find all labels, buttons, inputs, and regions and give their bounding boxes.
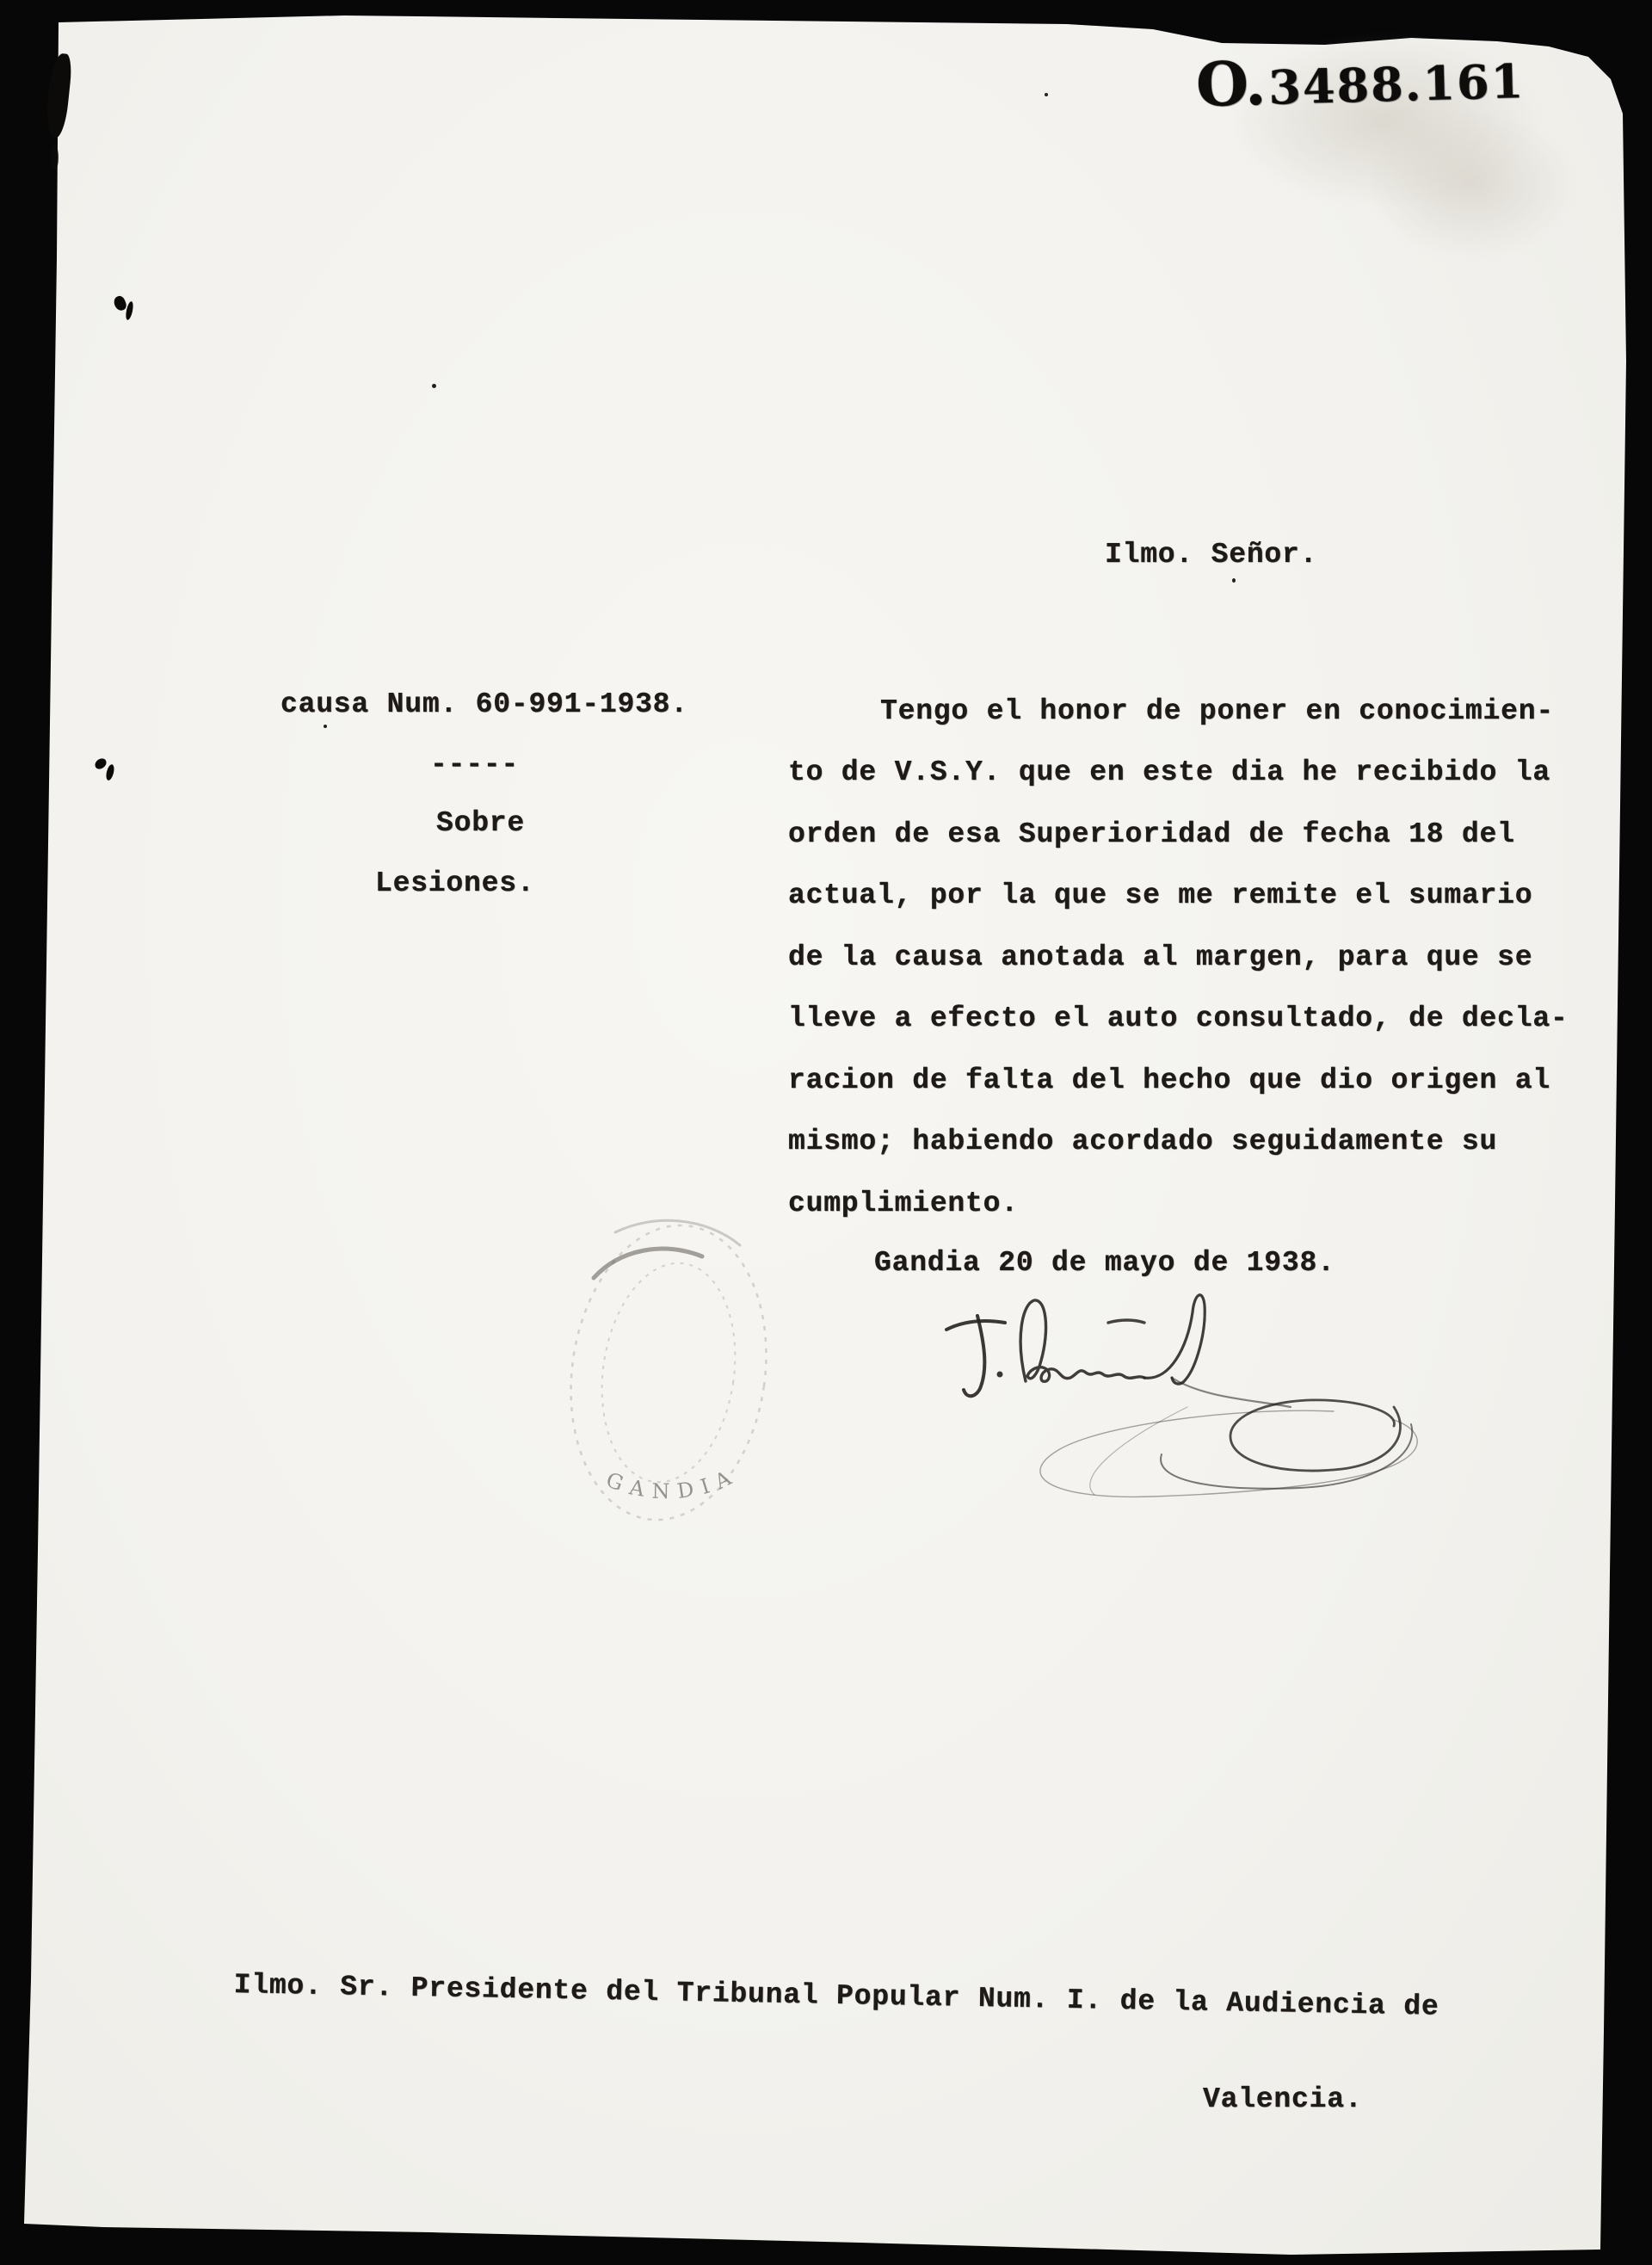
paper-edge-tear <box>50 145 59 170</box>
margin-subject-label: Sobre <box>436 807 525 839</box>
registry-number-stamp: O. 3488.161 <box>1195 40 1526 120</box>
body-line: orden de esa Superioridad de fecha 18 de… <box>788 818 1515 850</box>
ink-speck <box>1232 578 1236 583</box>
ink-speck <box>1045 93 1048 96</box>
margin-case-number: causa Num. 60-991-1938. <box>280 688 688 720</box>
dateline: Gandia 20 de mayo de 1938. <box>874 1247 1335 1279</box>
body-line: de la causa anotada al margen, para que … <box>788 941 1532 973</box>
body-line: Tengo el honor de poner en conocimien- <box>880 695 1554 727</box>
body-line: to de V.S.Y. que en este dia he recibido… <box>788 756 1550 788</box>
body-line: cumplimiento. <box>788 1188 1019 1219</box>
ink-speck <box>432 384 436 388</box>
stamp-city-text: GANDIA <box>603 1462 743 1503</box>
scanned-letter-page: O. 3488.161 Ilmo. Señor. causa Num. 60-9… <box>0 0 1652 2265</box>
registry-number-prefix: O. <box>1195 47 1267 120</box>
body-line: racion de falta del hecho que dio origen… <box>788 1065 1550 1096</box>
addressee-city: Valencia. <box>1203 2083 1362 2115</box>
ink-speck <box>324 725 327 728</box>
signature <box>929 1278 1480 1536</box>
salutation: Ilmo. Señor. <box>1105 539 1317 571</box>
rubber-stamp: GANDIA <box>533 1196 809 1549</box>
margin-subject: Lesiones. <box>375 867 534 899</box>
margin-divider: ----- <box>430 749 519 781</box>
registry-number-digits: 3488.161 <box>1268 53 1526 115</box>
stamp-dark-arc <box>594 1249 702 1278</box>
body-line: mismo; habiendo acordado seguidamente su <box>788 1126 1497 1157</box>
paper-stain <box>1368 112 1575 258</box>
body-line: lleve a efecto el auto consultado, de de… <box>788 1003 1569 1034</box>
body-line: actual, por la que se me remite el sumar… <box>788 879 1532 911</box>
